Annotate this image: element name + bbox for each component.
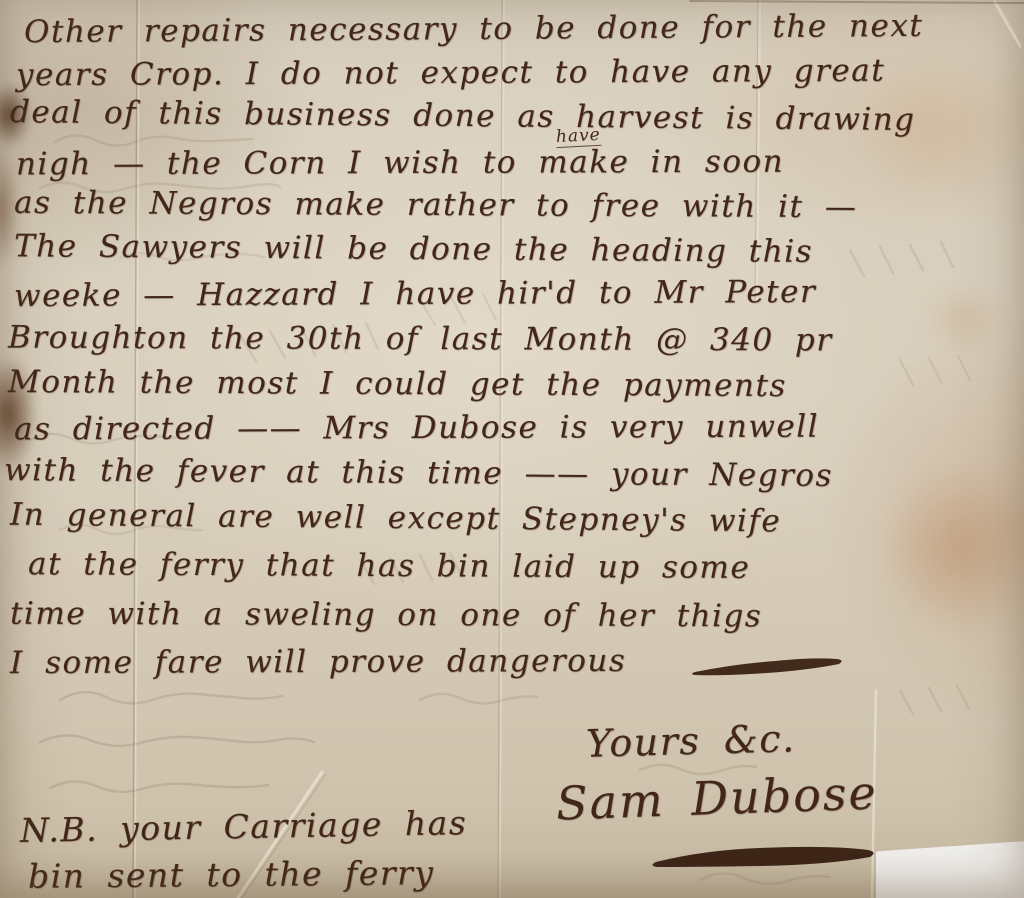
handwritten-line: Month the most I could get the payments <box>8 365 787 405</box>
handwritten-line: time with a sweling on one of her thigs <box>10 597 762 635</box>
handwritten-line: Other repairs necessary to be done for t… <box>24 9 923 51</box>
letter-page: Other repairs necessary to be done for t… <box>0 0 1024 898</box>
paper-stain <box>878 462 1024 634</box>
flourish-under-signature <box>652 847 873 867</box>
handwritten-line: Broughton the 30th of last Month @ 340 p… <box>8 321 833 360</box>
backing-paper-corner <box>876 841 1024 898</box>
fold-crease <box>135 0 139 898</box>
handwritten-line: I some fare will prove dangerous <box>10 644 626 682</box>
handwritten-line: as directed —— Mrs Dubose is very unwell <box>14 410 819 448</box>
ghost-stroke <box>900 356 970 385</box>
handwritten-line: The Sawyers will be done the heading thi… <box>14 229 813 270</box>
interlinear-insertion: have <box>555 125 601 148</box>
postscript-line: N.B. your Carriage has <box>20 804 468 850</box>
ghost-stroke <box>50 781 268 791</box>
handwritten-line: with the fever at this time —— your Negr… <box>4 453 833 494</box>
handwritten-line: In general are well except Stepney's wif… <box>10 498 781 540</box>
signature: Sam Dubose <box>555 766 878 830</box>
ghost-stroke <box>700 873 830 883</box>
paper-tear <box>995 2 1020 46</box>
paper-edge <box>690 1 1024 3</box>
ghost-stroke <box>55 135 253 145</box>
handwritten-line: as the Negros make rather to free with i… <box>14 186 857 226</box>
handwritten-line: deal of this business done as harvest is… <box>10 95 916 139</box>
handwritten-line: years Crop. I do not expect to have any … <box>16 54 885 94</box>
ghost-stroke <box>420 694 538 703</box>
closing-salutation: Yours &c. <box>585 717 796 766</box>
ghost-stroke <box>60 692 282 703</box>
ghost-stroke <box>40 735 314 745</box>
paper-stain <box>925 285 1005 355</box>
postscript-line: bin sent to the ferry <box>28 854 435 895</box>
handwritten-line: at the ferry that has bin laid up some <box>28 547 750 586</box>
ghost-stroke <box>850 242 953 276</box>
handwritten-line: nigh — the Corn I wish to make in soon <box>16 145 784 183</box>
ghost-stroke <box>900 686 969 714</box>
flourish-after-dangerous <box>692 658 842 675</box>
fold-crease <box>133 0 137 898</box>
handwritten-line: weeke — Hazzard I have hir'd to Mr Peter <box>14 275 816 315</box>
